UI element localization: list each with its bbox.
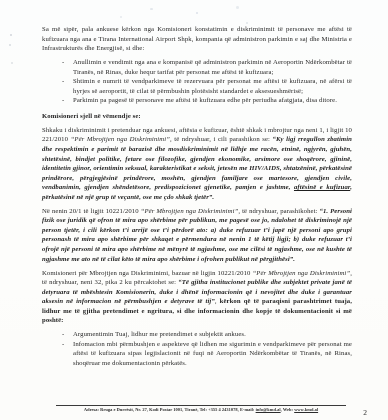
text-run: , të ndryshuar, i cili parashikon se: bbox=[170, 136, 273, 143]
text-run: , Web: bbox=[281, 407, 295, 412]
text-run: Adresa: Rruga e Durrësit, Nr. 27, Kodi P… bbox=[84, 407, 256, 412]
scan-speck bbox=[196, 12, 198, 14]
list-item: Parkimin pa pagesë të personave me aftës… bbox=[61, 96, 352, 106]
scan-speck bbox=[10, 34, 12, 36]
demands-list: Anullimin e vendimit nga ana e kompanisë… bbox=[42, 58, 352, 106]
list-item: Infomacion mbi përmbushjen e aspekteve q… bbox=[61, 340, 352, 369]
list-item: Anullimin e vendimit nga ana e kompanisë… bbox=[61, 58, 352, 77]
document-body: Sa më sipër, pala ankuese kërkon nga Kom… bbox=[42, 25, 352, 373]
text-run: , të ndryshuar, parashikohet: bbox=[238, 208, 319, 215]
text-run: “1. Personi fizik ose juridik që ofron t… bbox=[42, 208, 352, 263]
text-run: aftësinë e kufizuar bbox=[294, 184, 350, 191]
attention-heading: Komisioneri sjell në vëmendje se: bbox=[42, 112, 352, 122]
text-run: Në nenin 20/1 të ligjit 10221/2010 bbox=[42, 208, 141, 215]
request-paragraph: Komisioneri për Mbrojtjen nga Diskrimini… bbox=[42, 269, 352, 326]
page-footer: Adresa: Rruga e Durrësit, Nr. 27, Kodi P… bbox=[56, 405, 346, 414]
text-run: “Për Mbrojtjen nga Diskriminimi” bbox=[71, 136, 170, 143]
scan-speck bbox=[9, 44, 11, 46]
page-number: 2 bbox=[363, 408, 367, 417]
legal-basis-paragraph: Shkaku i diskriminimit i pretenduar nga … bbox=[42, 126, 352, 202]
text-run: “Për Mbrojtjen nga Diskriminimi” bbox=[252, 270, 350, 277]
text-run: www.kmd.al bbox=[294, 407, 318, 412]
list-item: Shtimin e numrit të vendparkimeve të rez… bbox=[61, 77, 352, 96]
text-run: info@kmd.al bbox=[256, 407, 281, 412]
intro-paragraph: Sa më sipër, pala ankuese kërkon nga Kom… bbox=[42, 25, 352, 54]
scan-speck bbox=[246, 22, 248, 24]
scanned-document-page: { "document": { "intro_paragraph": "Sa m… bbox=[0, 0, 388, 420]
article-20-paragraph: Në nenin 20/1 të ligjit 10221/2010 “Për … bbox=[42, 207, 352, 264]
text-run: “Ky ligj rregullon zbatimin dhe respekti… bbox=[42, 136, 352, 191]
list-item: Argumentimin Tuaj, lidhur me pretendimet… bbox=[61, 330, 352, 340]
text-run: “Për Mbrojtjen nga Diskriminimi” bbox=[141, 208, 239, 215]
text-run: Komisioneri për Mbrojtjen nga Diskrimini… bbox=[42, 270, 252, 277]
requested-documents-list: Argumentimin Tuaj, lidhur me pretendimet… bbox=[42, 330, 352, 368]
page-background: Sa më sipër, pala ankuese kërkon nga Kom… bbox=[0, 0, 388, 420]
scan-speck bbox=[236, 6, 239, 9]
scan-speck bbox=[120, 16, 122, 18]
scan-speck bbox=[11, 62, 13, 64]
scan-speck bbox=[150, 8, 153, 10]
